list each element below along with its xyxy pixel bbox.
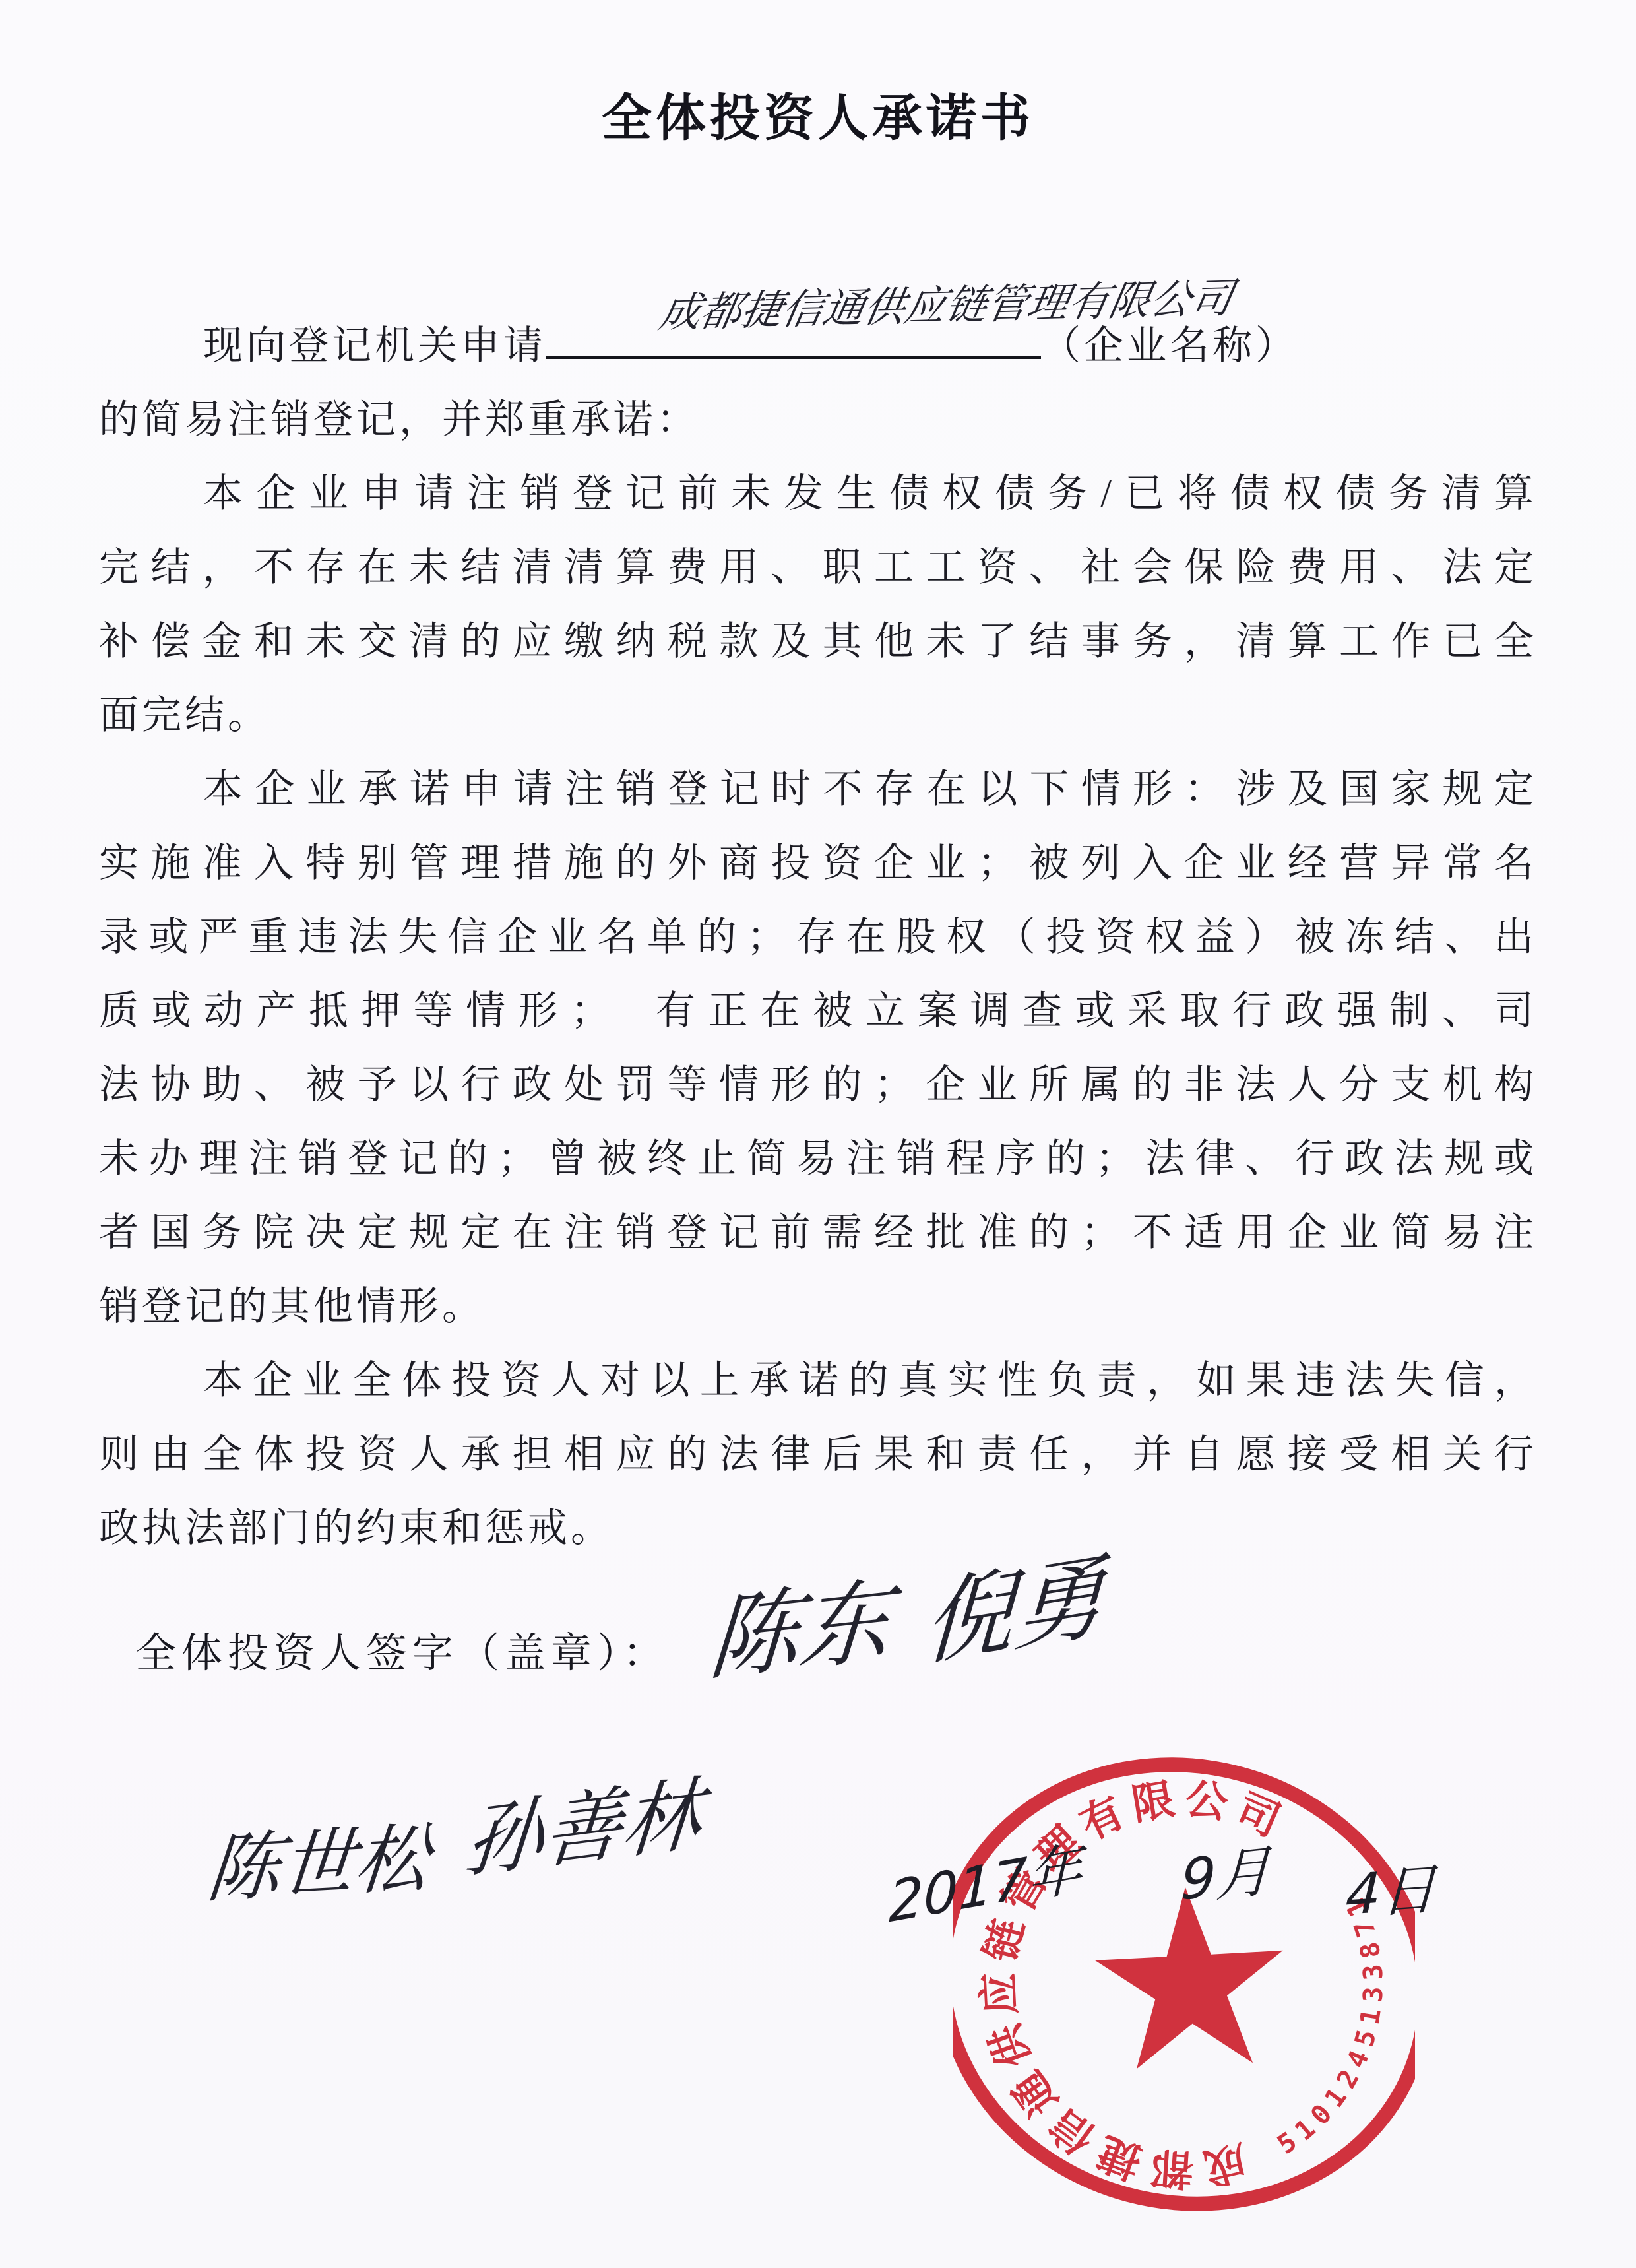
handwritten-signature-sun-shanlin: 孙善林 <box>461 1749 707 1894</box>
investors-signature-label: 全体投资人签字（盖章）： <box>135 1620 669 1679</box>
document-body: 现向登记机关申请成都捷信通供应链管理有限公司（企业名称） 的简易注销登记，并郑重… <box>99 309 1537 1565</box>
body-line: 销登记的其他情形。 <box>99 1270 1537 1344</box>
body-line: 则由全体投资人承担相应的法律后果和责任，并自愿接受相关行 <box>99 1417 1537 1491</box>
handwritten-date-day: 4日 <box>1344 1844 1437 1931</box>
body-line: 的简易注销登记，并郑重承诺： <box>99 383 1537 457</box>
scanned-document-page: 全体投资人承诺书 现向登记机关申请成都捷信通供应链管理有限公司（企业名称） 的简… <box>0 0 1636 2268</box>
body-line: 本企业申请注销登记前未发生债权债务/已将债权债务清算 <box>99 457 1537 531</box>
body-line: 本企业承诺申请注销登记时不存在以下情形：涉及国家规定 <box>99 752 1537 826</box>
body-line: 现向登记机关申请成都捷信通供应链管理有限公司（企业名称） <box>99 309 1537 383</box>
application-prefix-text: 现向登记机关申请 <box>203 324 546 368</box>
body-line: 补偿金和未交清的应缴纳税款及其他未了结事务，清算工作已全 <box>99 604 1537 678</box>
body-line: 政执法部门的约束和惩戒。 <box>99 1491 1537 1565</box>
handwritten-date-month: 9月 <box>1180 1826 1273 1916</box>
handwritten-signature-chen-shisong: 陈世松 <box>203 1799 434 1918</box>
body-line: 法协助、被予以行政处罚等情形的；企业所属的非法人分支机构 <box>99 1048 1537 1122</box>
body-line: 实施准入特别管理措施的外商投资企业；被列入企业经营异常名 <box>99 826 1537 900</box>
body-line: 录或严重违法失信企业名单的；存在股权（投资权益）被冻结、出 <box>99 900 1537 974</box>
body-line: 完结，不存在未结清清算费用、职工工资、社会保险费用、法定 <box>99 531 1537 604</box>
company-name-underline: 成都捷信通供应链管理有限公司 <box>546 309 1041 359</box>
body-line: 面完结。 <box>99 678 1537 752</box>
body-line: 质或动产抵押等情形； 有正在被立案调查或采取行政强制、司 <box>99 974 1537 1048</box>
body-line: 者国务院决定规定在注销登记前需经批准的；不适用企业简易注 <box>99 1196 1537 1270</box>
body-line: 未办理注销登记的；曾被终止简易注销程序的；法律、行政法规或 <box>99 1122 1537 1196</box>
handwritten-signature-chen-dong: 陈东 <box>705 1547 896 1698</box>
company-seal-stamp: 成都捷信通供应链管理有限公司 5101245133871 <box>953 1724 1415 2245</box>
document-title: 全体投资人承诺书 <box>0 78 1636 150</box>
body-line: 本企业全体投资人对以上承诺的真实性负责，如果违法失信， <box>99 1344 1537 1417</box>
